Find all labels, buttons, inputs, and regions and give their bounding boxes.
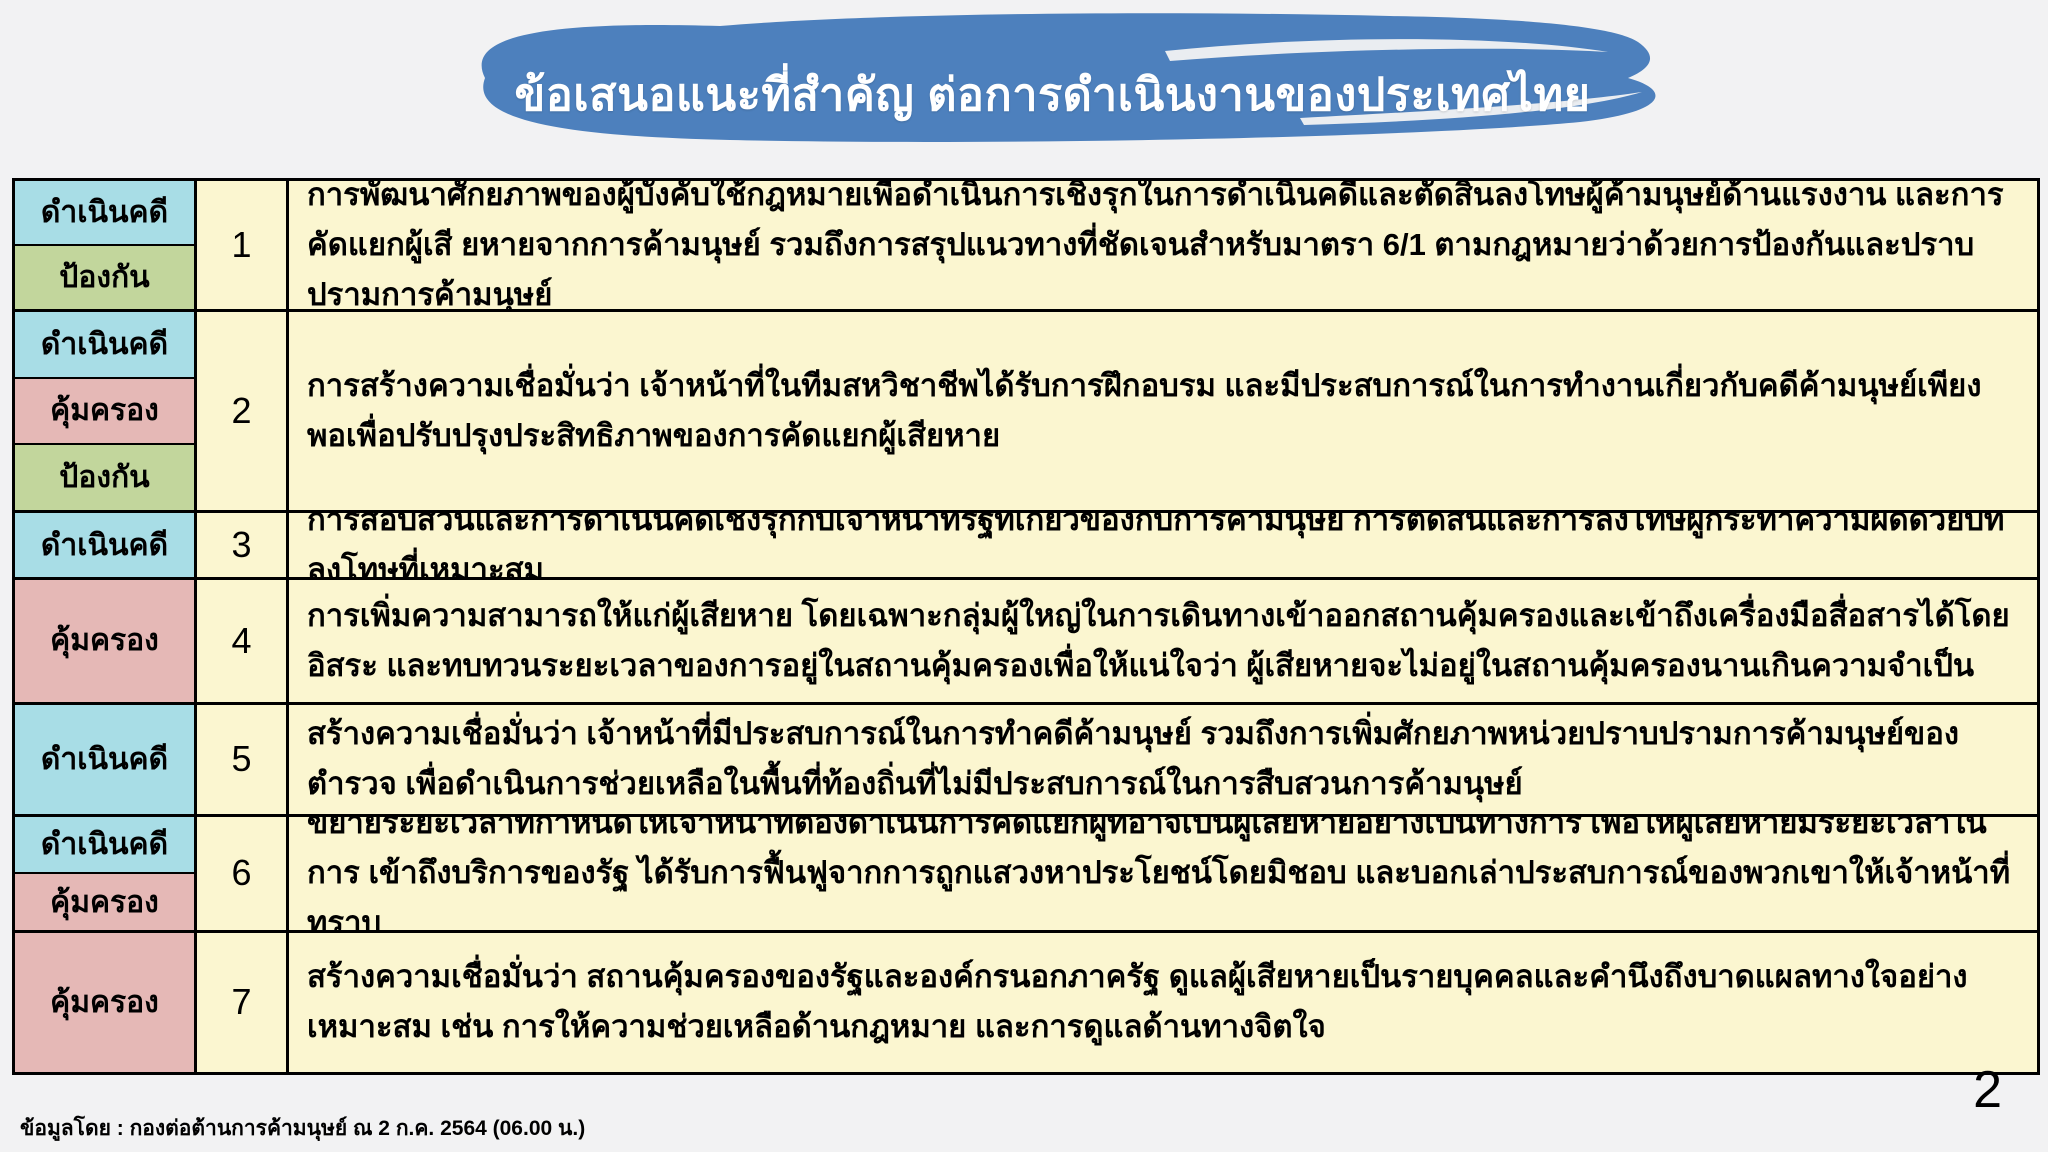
category-tags-cell: ดำเนินคดีคุ้มครองป้องกัน (15, 312, 197, 510)
recommendations-table: ดำเนินคดีป้องกัน1การพัฒนาศักยภาพของผู้บั… (12, 178, 2040, 1075)
table-row: ดำเนินคดี5สร้างความเชื่อมั่นว่า เจ้าหน้า… (15, 705, 2037, 817)
category-tag-protection: คุ้มครอง (15, 874, 194, 930)
category-tag-prevention: ป้องกัน (15, 445, 194, 510)
category-tags-cell: คุ้มครอง (15, 933, 197, 1072)
row-number: 1 (197, 181, 289, 309)
table-row: ดำเนินคดี3การสอบสวนและการดำเนินคดีเชิงรุ… (15, 513, 2037, 581)
table-row: ดำเนินคดีป้องกัน1การพัฒนาศักยภาพของผู้บั… (15, 181, 2037, 312)
slide: ข้อเสนอแนะที่สำคัญ ต่อการดำเนินงานของประ… (0, 0, 2048, 1152)
row-number: 7 (197, 933, 289, 1072)
recommendation-text: การเพิ่มความสามารถให้แก่ผู้เสียหาย โดยเฉ… (289, 580, 2037, 701)
title-banner: ข้อเสนอแนะที่สำคัญ ต่อการดำเนินงานของประ… (430, 6, 1675, 151)
category-tag-protection: คุ้มครอง (15, 933, 194, 1072)
category-tag-protection: คุ้มครอง (15, 379, 194, 446)
category-tags-cell: ดำเนินคดี (15, 513, 197, 578)
table-row: คุ้มครอง7สร้างความเชื่อมั่นว่า สถานคุ้มค… (15, 933, 2037, 1072)
recommendation-text: ขยายระยะเวลาที่กำหนดให้เจ้าหน้าที่ต้องดำ… (289, 817, 2037, 930)
category-tag-prosecution: ดำเนินคดี (15, 817, 194, 875)
category-tag-prosecution: ดำเนินคดี (15, 312, 194, 379)
row-number: 5 (197, 705, 289, 814)
recommendation-text: การสร้างความเชื่อมั่นว่า เจ้าหน้าที่ในที… (289, 312, 2037, 510)
row-number: 3 (197, 513, 289, 578)
row-number: 2 (197, 312, 289, 510)
category-tags-cell: คุ้มครอง (15, 580, 197, 701)
recommendation-text: สร้างความเชื่อมั่นว่า เจ้าหน้าที่มีประสบ… (289, 705, 2037, 814)
row-number: 6 (197, 817, 289, 930)
recommendation-text: สร้างความเชื่อมั่นว่า สถานคุ้มครองของรัฐ… (289, 933, 2037, 1072)
category-tag-protection: คุ้มครอง (15, 580, 194, 701)
table-row: ดำเนินคดีคุ้มครองป้องกัน2การสร้างความเชื… (15, 312, 2037, 513)
table-row: ดำเนินคดีคุ้มครอง6ขยายระยะเวลาที่กำหนดให… (15, 817, 2037, 933)
category-tag-prosecution: ดำเนินคดี (15, 513, 194, 578)
category-tags-cell: ดำเนินคดี (15, 705, 197, 814)
category-tag-prosecution: ดำเนินคดี (15, 181, 194, 246)
page-number: 2 (1973, 1060, 2002, 1120)
page-title: ข้อเสนอแนะที่สำคัญ ต่อการดำเนินงานของประ… (430, 58, 1675, 130)
category-tags-cell: ดำเนินคดีคุ้มครอง (15, 817, 197, 930)
category-tag-prevention: ป้องกัน (15, 246, 194, 309)
category-tags-cell: ดำเนินคดีป้องกัน (15, 181, 197, 309)
table-row: คุ้มครอง4การเพิ่มความสามารถให้แก่ผู้เสีย… (15, 580, 2037, 704)
recommendation-text: การสอบสวนและการดำเนินคดีเชิงรุกกับเจ้าหน… (289, 513, 2037, 578)
data-source-note: ข้อมูลโดย : กองต่อต้านการค้ามนุษย์ ณ 2 ก… (20, 1112, 585, 1145)
row-number: 4 (197, 580, 289, 701)
recommendation-text: การพัฒนาศักยภาพของผู้บังคับใช้กฎหมายเพื่… (289, 181, 2037, 309)
category-tag-prosecution: ดำเนินคดี (15, 705, 194, 814)
